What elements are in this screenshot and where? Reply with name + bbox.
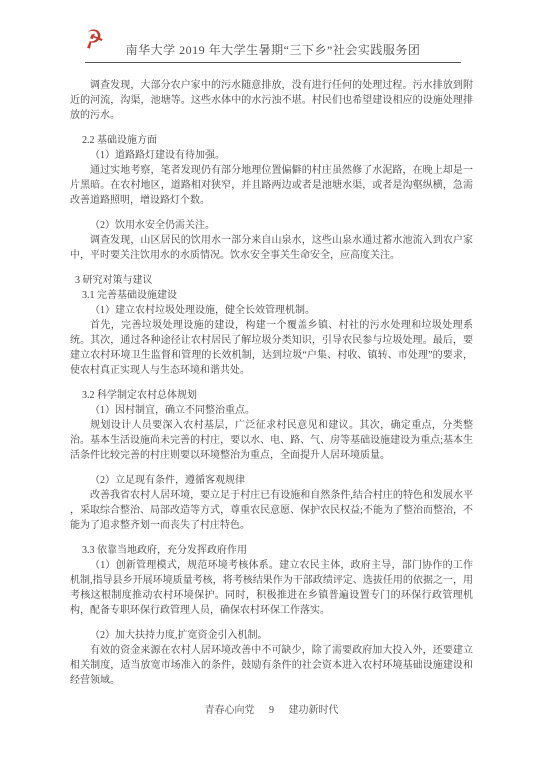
paragraph: 3.2 科学制定农村总体规划 xyxy=(70,388,473,403)
paragraph: 规划设计人员要深入农村基层，广泛征求村民意见和建议。其次，确定重点，分类整治。基… xyxy=(70,418,473,463)
page-footer: 青春心向党 9 建功新时代 xyxy=(0,701,543,716)
paragraph: 通过实地考察，笔者发现仍有部分地理位置偏僻的村庄虽然修了水泥路，在晚上却是一片黑… xyxy=(70,163,473,208)
paragraph: 调查发现，大部分农户家中的污水随意排放，没有进行任何的处理过程。污水排放到附近的… xyxy=(70,78,473,123)
paragraph: 3 研究对策与建议 xyxy=(70,273,473,288)
paragraph: 首先，完善垃圾处理设施的建设，构建一个覆盖乡镇、村社的污水处理和垃圾处理系统。其… xyxy=(70,318,473,378)
page-header: ☭ 南华大学 2019 年大学生暑期“三下乡”社会实践服务团 xyxy=(85,26,461,63)
paragraph: 调查发现，山区居民的饮用水一部分来自山泉水，这些山泉水通过蓄水池流入到农户家中，… xyxy=(70,233,473,263)
paragraph: 有效的资金来源在农村人居环境改善中不可缺少，除了需要政府加大投入外，还要建立相关… xyxy=(70,643,473,688)
paragraph: 改善我省农村人居环境，要立足于村庄已有设施和自然条件,结合村庄的特色和发展水平 … xyxy=(70,488,473,533)
document-page: ☭ 南华大学 2019 年大学生暑期“三下乡”社会实践服务团 调查发现，大部分农… xyxy=(0,0,543,768)
paragraph: （1）建立农村垃圾处理设施，健全长效管理机制。 xyxy=(70,303,473,318)
paragraph: 3.1 完善基础设施建设 xyxy=(70,288,473,303)
paragraph: （2）加大扶持力度,扩宽资金引入机制。 xyxy=(70,628,473,643)
paragraph: （1）道路路灯建设有待加强。 xyxy=(70,148,473,163)
paragraph: 3.3 依靠当地政府，充分发挥政府作用 xyxy=(70,543,473,558)
paragraph: （2）饮用水安全仍需关注。 xyxy=(70,218,473,233)
footer-slogan-left: 青春心向党 xyxy=(205,705,255,716)
paragraph: （2）立足现有条件，遵循客观规律 xyxy=(70,473,473,488)
header-title: 南华大学 2019 年大学生暑期“三下乡”社会实践服务团 xyxy=(85,41,461,58)
document-body: 调查发现，大部分农户家中的污水随意排放，没有进行任何的处理过程。污水排放到附近的… xyxy=(70,78,473,688)
page-number: 9 xyxy=(269,705,274,716)
footer-slogan-right: 建功新时代 xyxy=(289,705,339,716)
paragraph: （1）创新管理模式，规范环境考核体系。建立农民主体，政府主导，部门协作的工作机制… xyxy=(70,558,473,618)
paragraph: 2.2 基础设施方面 xyxy=(70,133,473,148)
paragraph: （1）因村制宜，确立不同整治重点。 xyxy=(70,403,473,418)
